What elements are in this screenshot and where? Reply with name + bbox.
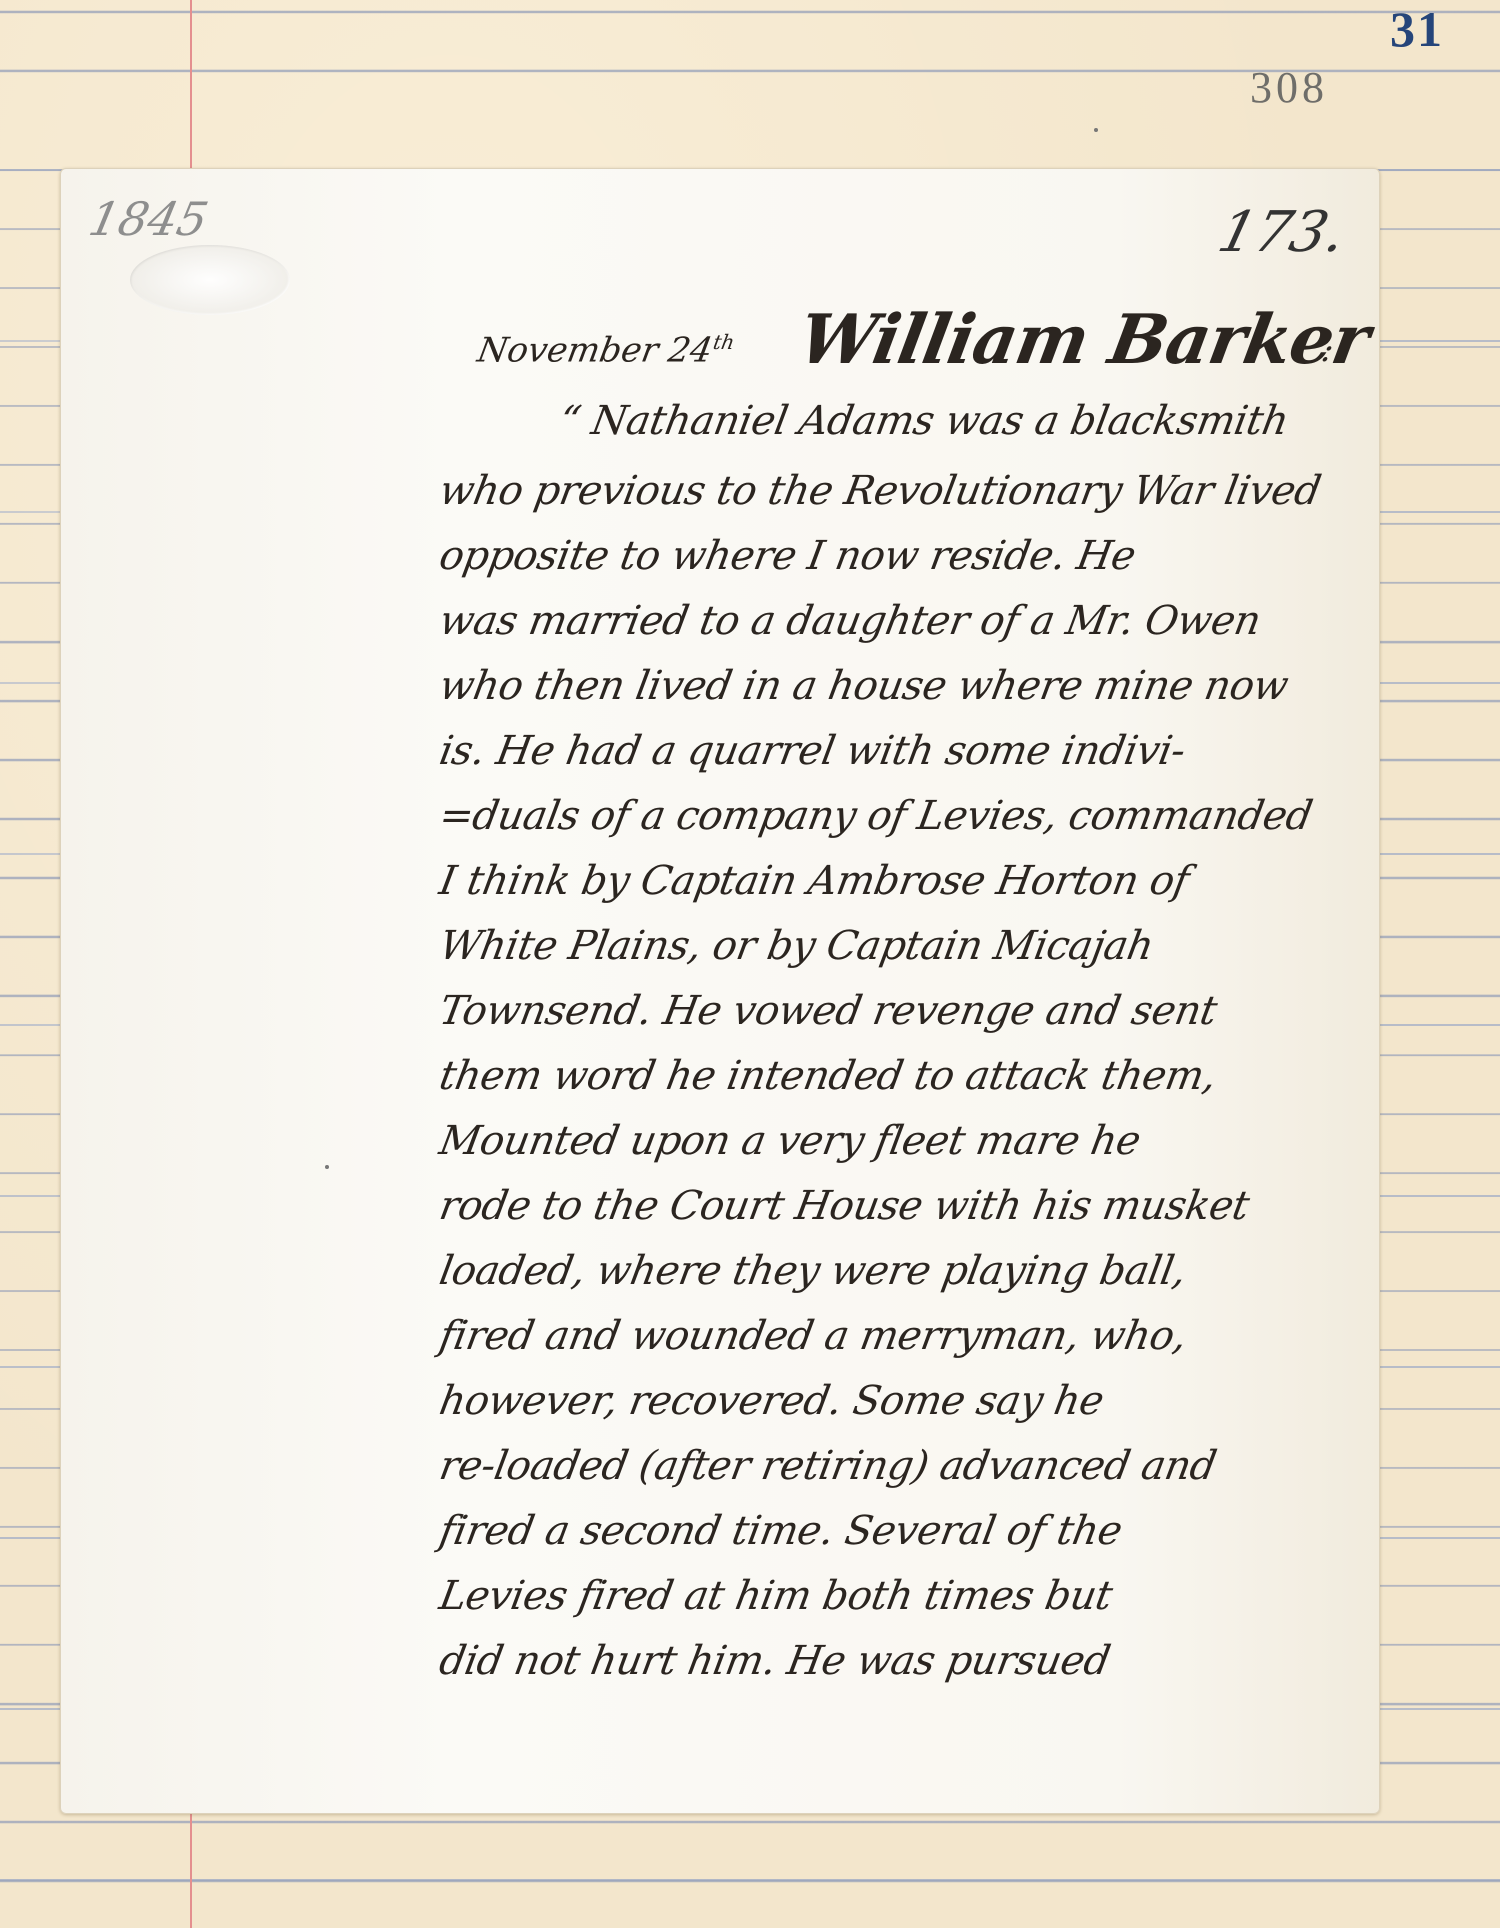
entry-date-text: November 24 <box>474 330 715 370</box>
manuscript-line: rode to the Court House with his musket <box>436 1183 1252 1229</box>
manuscript-line: did not hurt him. He was pursued <box>436 1638 1113 1684</box>
manuscript-line: =duals of a company of Levies, commanded <box>436 793 1316 839</box>
manuscript-line: Mounted upon a very fleet mare he <box>436 1118 1144 1164</box>
manuscript-line: Townsend. He vowed revenge and sent <box>436 988 1220 1034</box>
manuscript-line: was married to a daughter of a Mr. Owen <box>436 598 1264 644</box>
manuscript-line: who then lived in a house where mine now <box>436 663 1292 709</box>
manuscript-line: fired and wounded a merryman, who, <box>436 1313 1190 1359</box>
manuscript-line: Levies fired at him both times but <box>436 1573 1116 1619</box>
manuscript-line: loaded, where they were playing ball, <box>436 1248 1190 1294</box>
manuscript-line: re-loaded (after retiring) advanced and <box>436 1443 1220 1489</box>
manuscript-line: I think by Captain Ambrose Horton of <box>436 858 1192 904</box>
manuscript-line: opposite to where I now reside. He <box>436 533 1139 579</box>
manuscript-line: them word he intended to attack them, <box>436 1053 1220 1099</box>
manuscript-line: White Plains, or by Captain Micajah <box>436 923 1157 969</box>
ink-speck <box>1094 128 1098 132</box>
entry-date: November 24th <box>474 330 736 370</box>
gray-page-stamp: 308 <box>1250 62 1328 113</box>
entry-date-suffix: th <box>711 330 736 354</box>
pencil-year-note: 1845 <box>84 192 213 246</box>
entry-title-name: William Barker <box>793 300 1375 380</box>
manuscript-line: who previous to the Revolutionary War li… <box>436 468 1324 514</box>
ink-speck <box>325 1165 329 1169</box>
blue-page-stamp: 31 <box>1390 0 1444 58</box>
manuscript-line: “ Nathaniel Adams was a blacksmith <box>556 398 1292 444</box>
manuscript-line: fired a second time. Several of the <box>436 1508 1125 1554</box>
embossed-seal-icon <box>130 245 290 315</box>
manuscript-line: however, recovered. Some say he <box>436 1378 1107 1424</box>
folio-number: 173. <box>1212 200 1353 265</box>
manuscript-line: is. He had a quarrel with some indivi- <box>436 728 1189 774</box>
